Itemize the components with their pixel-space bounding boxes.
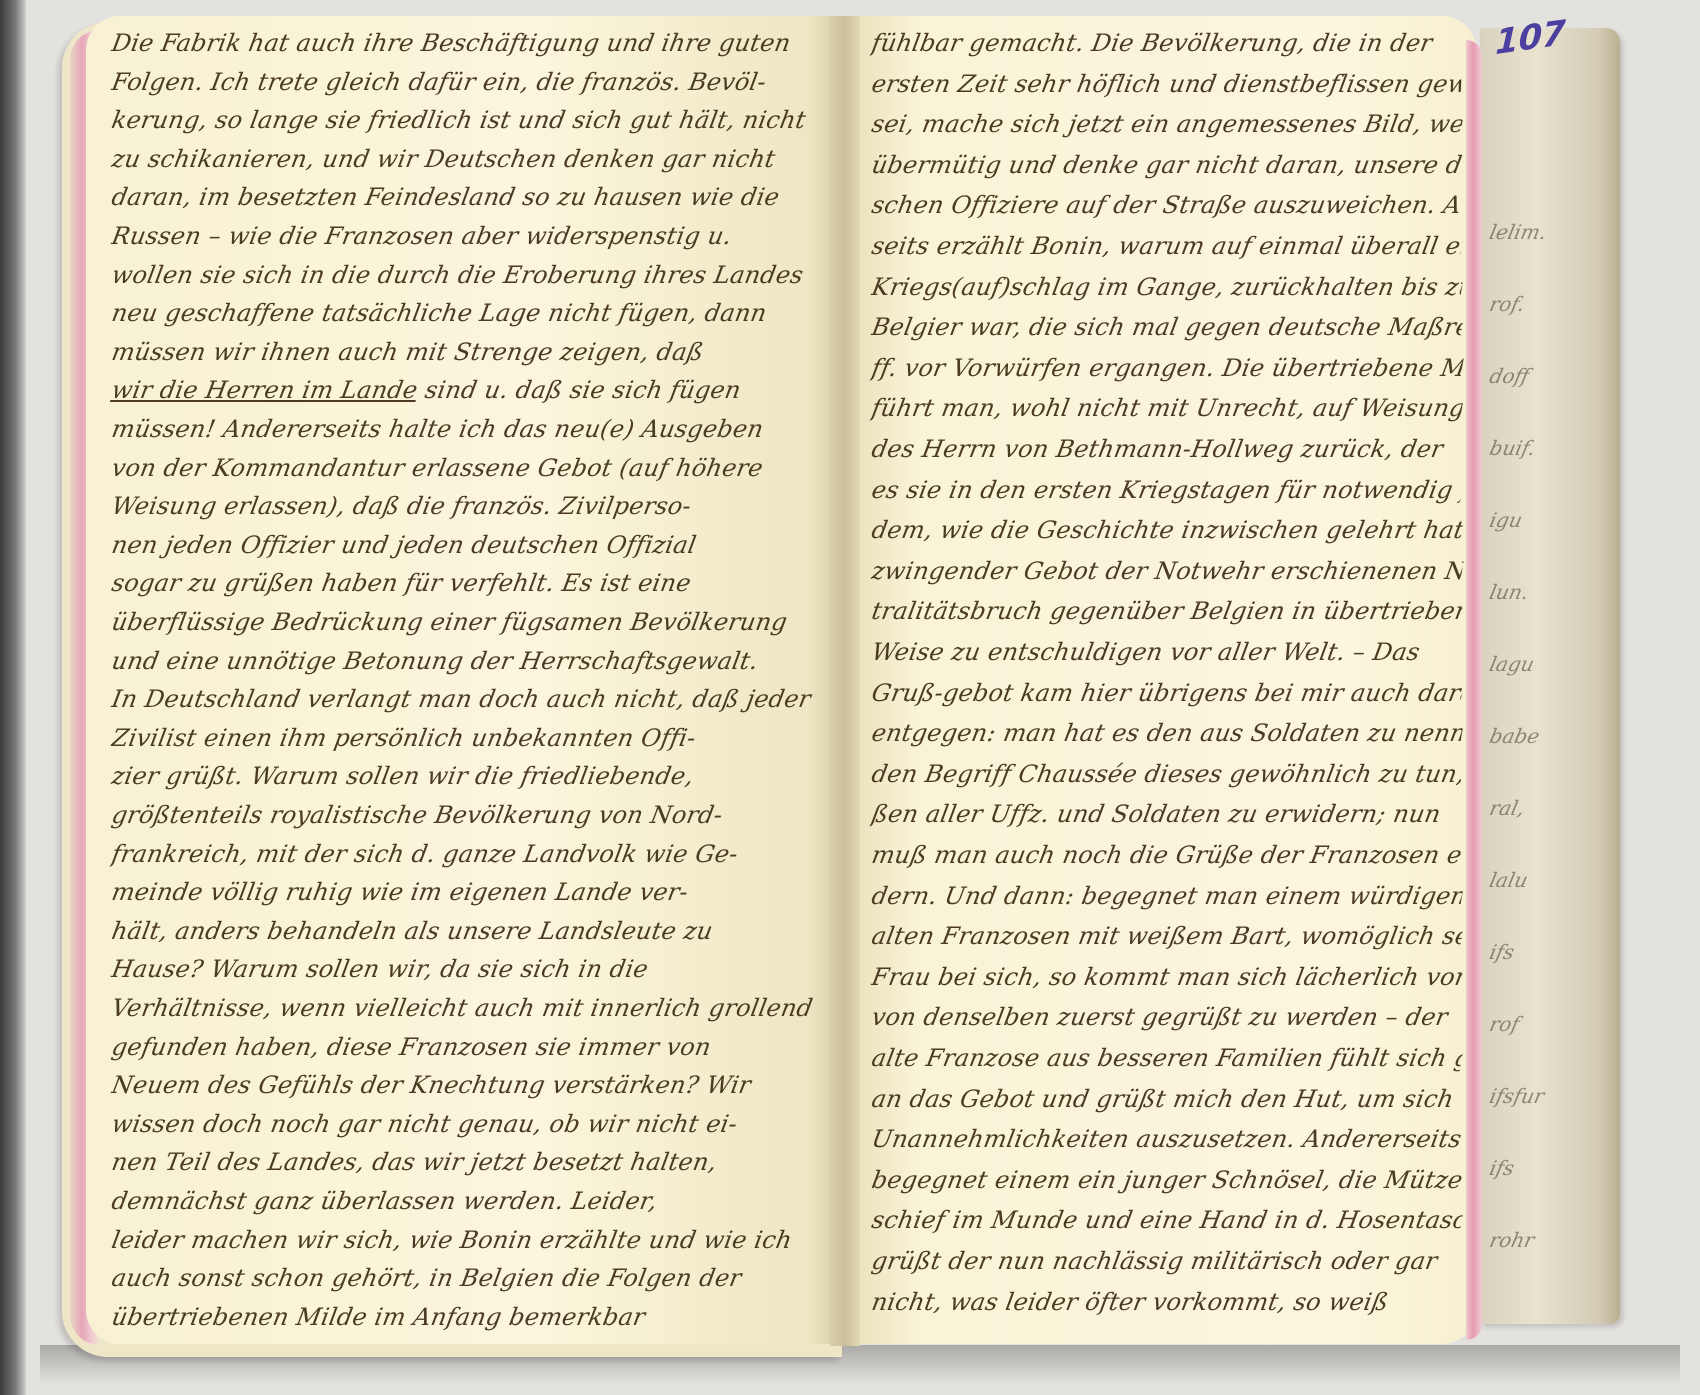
bleed-fragment: ifs <box>1487 940 1516 964</box>
handwritten-line: auch sonst schon gehört, in Belgien die … <box>109 1263 819 1293</box>
handwritten-line: ersten Zeit sehr höflich und dienstbefli… <box>869 69 1464 99</box>
handwritten-line: Neuem des Gefühls der Knechtung verstärk… <box>109 1070 819 1100</box>
handwritten-line: zier grüßt. Warum sollen wir die friedli… <box>109 761 819 791</box>
handwritten-line: an das Gebot und grüßt mich den Hut, um … <box>869 1084 1464 1114</box>
left-page <box>86 16 838 1344</box>
handwritten-line: den Begriff Chaussée dieses gewöhnlich z… <box>869 759 1464 789</box>
bleed-fragment: igu <box>1487 508 1524 532</box>
bleed-fragment: lun. <box>1487 580 1531 604</box>
handwritten-line: schen Offiziere auf der Straße auszuweic… <box>869 190 1464 220</box>
handwritten-line: tralitätsbruch gegenüber Belgien in über… <box>869 596 1464 626</box>
handwritten-line: alten Franzosen mit weißem Bart, womögli… <box>869 921 1464 951</box>
handwritten-line: müssen wir ihnen auch mit Strenge zeigen… <box>109 337 819 367</box>
handwritten-line: führt man, wohl nicht mit Unrecht, auf W… <box>869 393 1464 423</box>
handwritten-line: des Herrn von Bethmann-Hollweg zurück, d… <box>869 434 1464 464</box>
bleed-fragment: buif. <box>1487 436 1537 460</box>
handwritten-line: muß man auch noch die Grüße der Franzose… <box>869 840 1464 870</box>
handwritten-line: wir die Herren im Lande sind u. daß sie … <box>109 375 819 405</box>
handwritten-line: Gruß-gebot kam hier übrigens bei mir auc… <box>869 678 1464 708</box>
bleed-fragment: ifsfur <box>1487 1084 1546 1108</box>
handwritten-line: Verhältnisse, wenn vielleicht auch mit i… <box>109 993 819 1023</box>
bleed-fragment: rof. <box>1487 292 1527 316</box>
bleed-fragment: rof <box>1487 1012 1521 1036</box>
handwritten-line: Russen – wie die Franzosen aber widerspe… <box>109 221 819 251</box>
bleed-fragment: babe <box>1487 724 1541 748</box>
handwritten-line: Hause? Warum sollen wir, da sie sich in … <box>109 954 819 984</box>
handwritten-line: gefunden haben, diese Franzosen sie imme… <box>109 1032 819 1062</box>
handwritten-line: größtenteils royalistische Bevölkerung v… <box>109 800 819 830</box>
handwritten-line: hält, anders behandeln als unsere Landsl… <box>109 916 819 946</box>
handwritten-line: sei, mache sich jetzt ein angemessenes B… <box>869 109 1464 139</box>
handwritten-line: frankreich, mit der sich d. ganze Landvo… <box>109 839 819 869</box>
handwritten-line: dern. Und dann: begegnet man einem würdi… <box>869 881 1464 911</box>
handwritten-line: Weisung erlassen), daß die französ. Zivi… <box>109 491 819 521</box>
handwritten-line: von denselben zuerst gegrüßt zu werden –… <box>869 1002 1464 1032</box>
handwritten-line: wollen sie sich in die durch die Eroberu… <box>109 260 819 290</box>
handwritten-line: In Deutschland verlangt man doch auch ni… <box>109 684 819 714</box>
handwritten-line: zu schikanieren, und wir Deutschen denke… <box>109 144 819 174</box>
handwritten-line: sogar zu grüßen haben für verfehlt. Es i… <box>109 568 819 598</box>
handwritten-line: kerung, so lange sie friedlich ist und s… <box>109 105 819 135</box>
underlined-phrase: wir die Herren im Lande <box>110 376 420 404</box>
handwritten-line: ff. vor Vorwürfen ergangen. Die übertrie… <box>869 353 1464 383</box>
scanner-edge <box>0 0 26 1395</box>
handwritten-line: Zivilist einen ihm persönlich unbekannte… <box>109 723 819 753</box>
bleed-fragment: ral, <box>1487 796 1526 820</box>
handwritten-line: Die Fabrik hat auch ihre Beschäftigung u… <box>109 28 819 58</box>
handwritten-line: Frau bei sich, so kommt man sich lächerl… <box>869 962 1464 992</box>
bleed-fragment: lelim. <box>1487 220 1548 244</box>
bleed-fragment: lagu <box>1487 652 1536 676</box>
right-page-edges <box>1466 40 1482 1340</box>
handwritten-line: übertriebenen Milde im Anfang bemerkbar <box>109 1302 819 1332</box>
handwritten-line: nicht, was leider öfter vorkommt, so wei… <box>869 1287 1464 1317</box>
handwritten-line: und eine unnötige Betonung der Herrschaf… <box>109 646 819 676</box>
bleed-fragment: rohr <box>1487 1228 1536 1252</box>
handwritten-line: schief im Munde und eine Hand in d. Hose… <box>869 1205 1464 1235</box>
handwritten-line: Weise zu entschuldigen vor aller Welt. –… <box>869 637 1464 667</box>
handwritten-line: entgegen: man hat es den aus Soldaten zu… <box>869 718 1464 748</box>
book-gutter <box>830 16 860 1346</box>
handwritten-line: müssen! Andererseits halte ich das neu(e… <box>109 414 819 444</box>
handwritten-line: alte Franzose aus besseren Familien fühl… <box>869 1043 1464 1073</box>
handwritten-line: übermütig und denke gar nicht daran, uns… <box>869 150 1464 180</box>
handwritten-line: von der Kommandantur erlassene Gebot (au… <box>109 453 819 483</box>
handwritten-line: Folgen. Ich trete gleich dafür ein, die … <box>109 67 819 97</box>
handwritten-line: grüßt der nun nachlässig militärisch ode… <box>869 1246 1464 1276</box>
handwritten-line: nen Teil des Landes, das wir jetzt beset… <box>109 1147 819 1177</box>
handwritten-line: daran, im besetzten Feindesland so zu ha… <box>109 182 819 212</box>
handwritten-line: leider machen wir sich, wie Bonin erzähl… <box>109 1225 819 1255</box>
handwritten-line: meinde völlig ruhig wie im eigenen Lande… <box>109 877 819 907</box>
handwritten-line: überflüssige Bedrückung einer fügsamen B… <box>109 607 819 637</box>
bleed-fragment: ifs <box>1487 1156 1516 1180</box>
handwritten-line: seits erzählt Bonin, warum auf einmal üb… <box>869 231 1464 261</box>
handwritten-line: es sie in den ersten Kriegstagen für not… <box>869 475 1464 505</box>
bleed-fragment: lalu <box>1487 868 1530 892</box>
handwritten-line: Belgier war, die sich mal gegen deutsche… <box>869 312 1464 342</box>
handwritten-line: dem, wie die Geschichte inzwischen geleh… <box>869 515 1464 545</box>
handwritten-line: Unannehmlichkeiten auszusetzen. Anderers… <box>869 1124 1464 1154</box>
handwritten-line: ßen aller Uffz. und Soldaten zu erwidern… <box>869 799 1464 829</box>
handwritten-line: zwingender Gebot der Notwehr erschienene… <box>869 556 1464 586</box>
handwritten-line: begegnet einem ein junger Schnösel, die … <box>869 1165 1464 1195</box>
bleed-fragment: doff <box>1487 364 1531 388</box>
handwritten-line: neu geschaffene tatsächliche Lage nicht … <box>109 298 819 328</box>
handwritten-line: wissen doch noch gar nicht genau, ob wir… <box>109 1109 819 1139</box>
handwritten-line: nen jeden Offizier und jeden deutschen O… <box>109 530 819 560</box>
handwritten-line: Kriegs(auf)schlag im Gange, zurückhalten… <box>869 272 1464 302</box>
handwritten-line: demnächst ganz überlassen werden. Leider… <box>109 1186 819 1216</box>
handwritten-line: fühlbar gemacht. Die Bevölkerung, die in… <box>869 28 1464 58</box>
